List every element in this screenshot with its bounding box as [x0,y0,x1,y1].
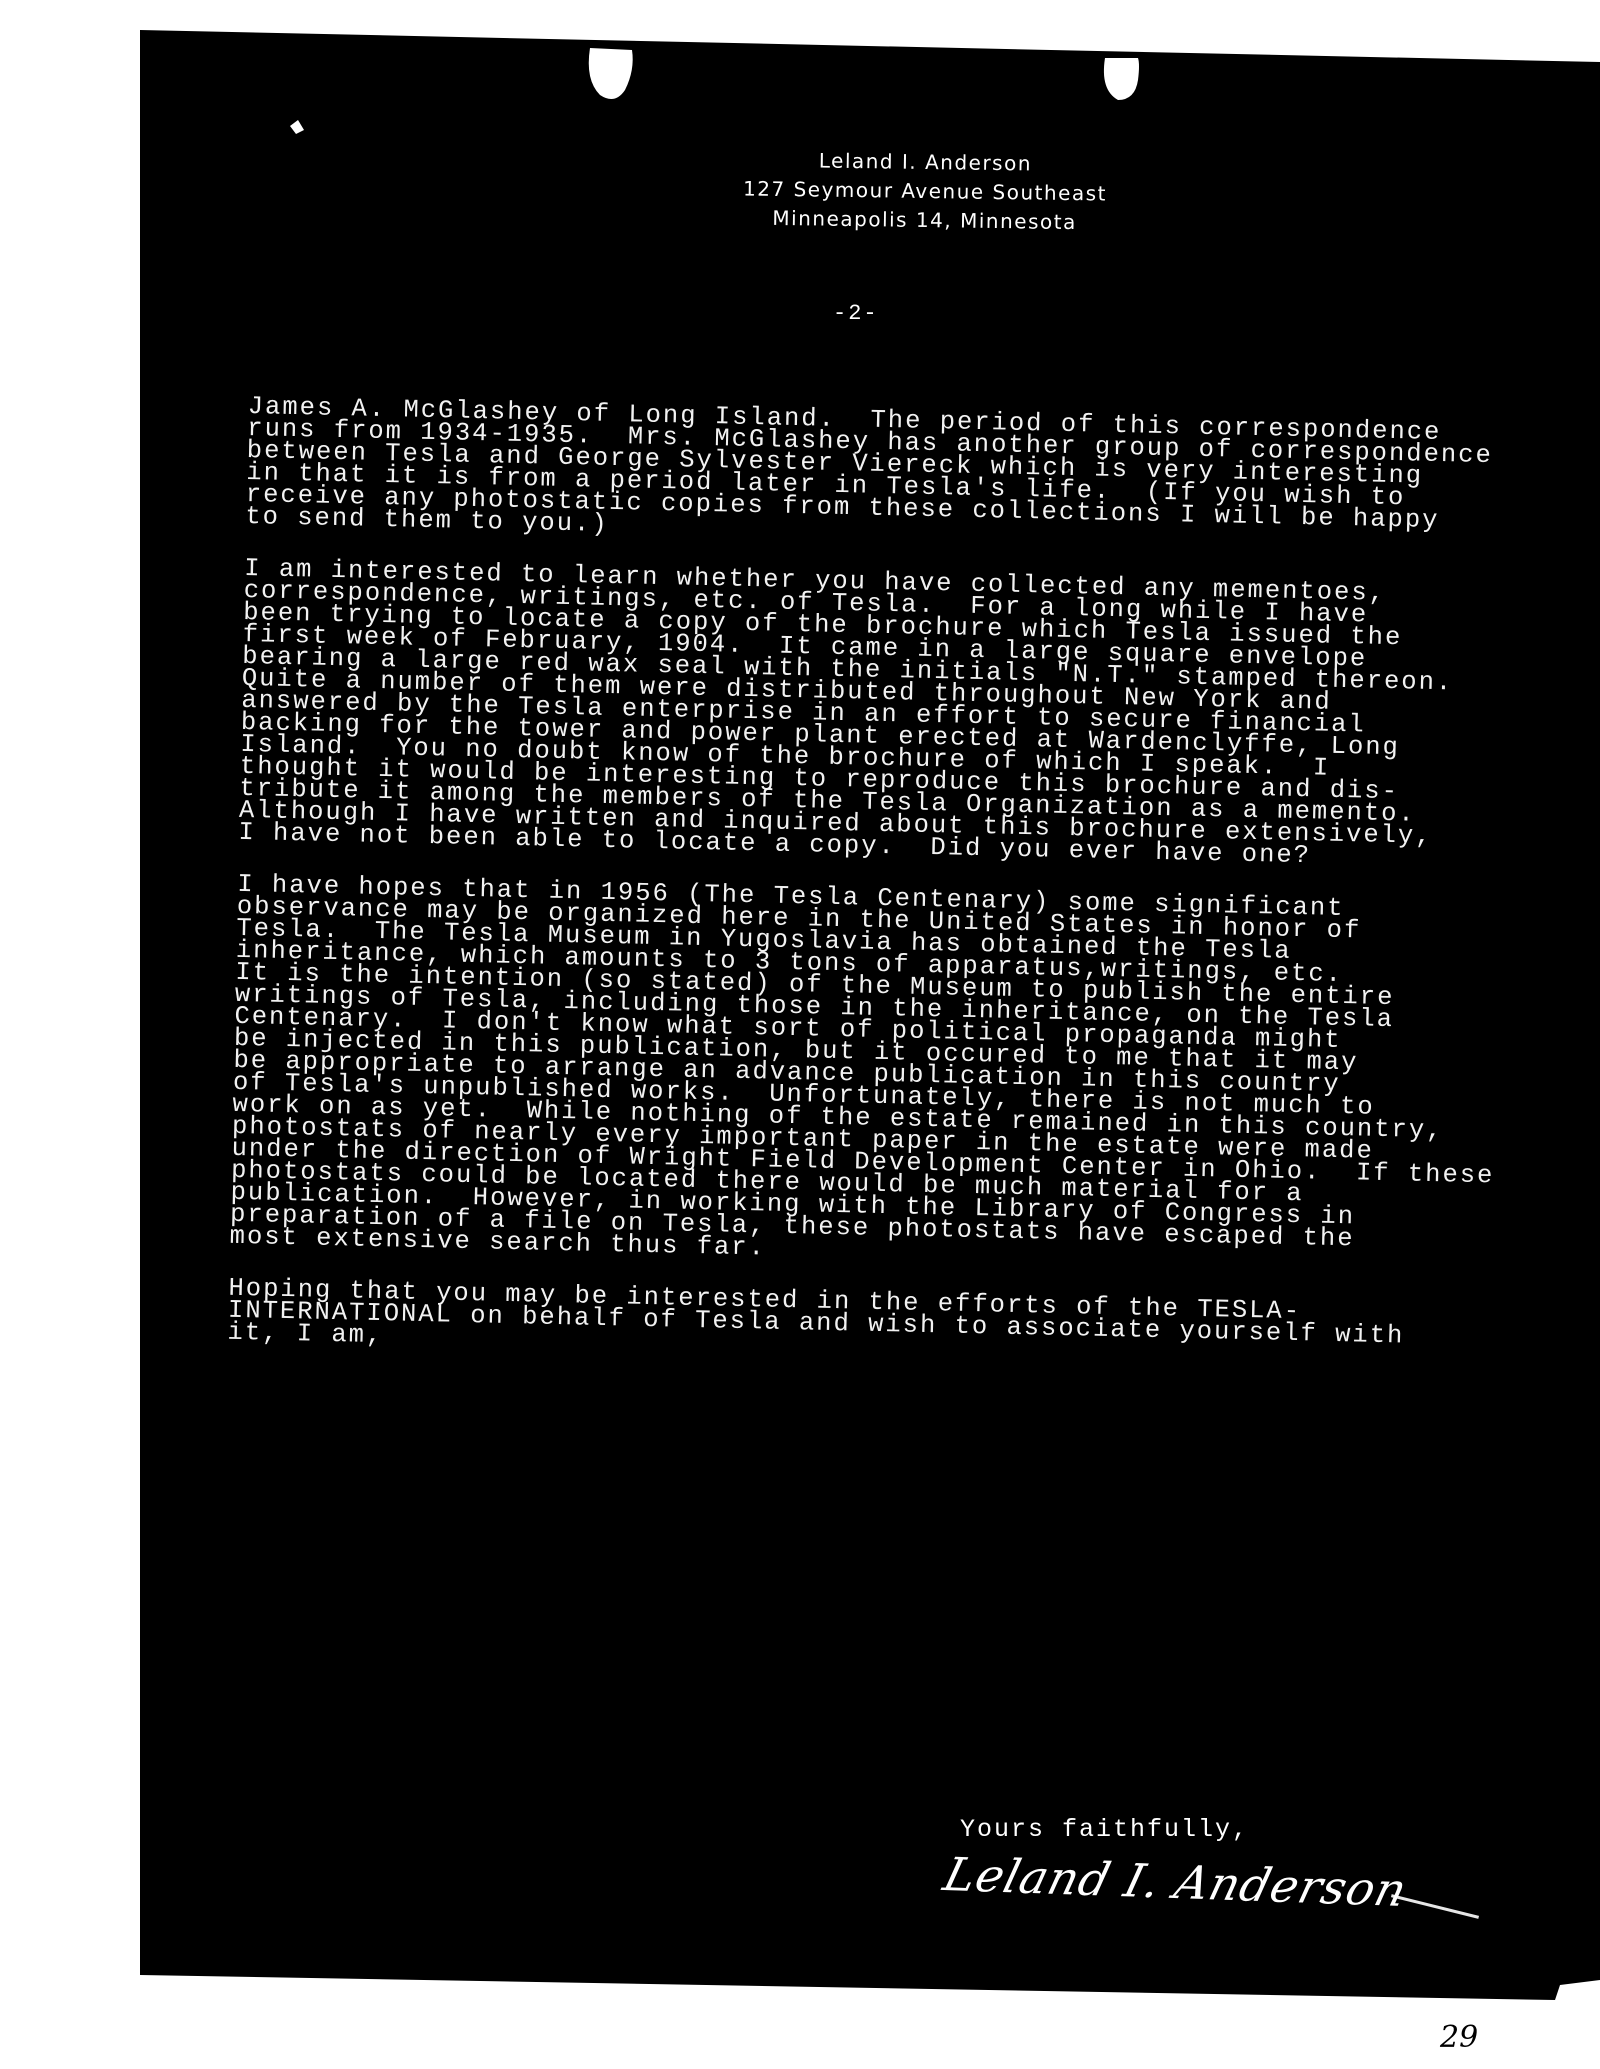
scanned-letter-page: Leland I. Anderson 127 Seymour Avenue So… [0,0,1600,2069]
paragraph: I have hopes that in 1956 (The Tesla Cen… [229,874,1577,1277]
paragraph: Hoping that you may be interested in the… [227,1278,1568,1373]
paragraph: James A. McGlashey of Long Island. The p… [245,396,1588,557]
letterhead: Leland I. Anderson 127 Seymour Avenue So… [689,145,1160,239]
folio-number: 29 [1440,2020,1478,2055]
paragraph: I am interested to learn whether you hav… [238,558,1584,873]
page-number: -2- [833,301,879,326]
closing: Yours faithfully, [960,1815,1249,1844]
letter-body: James A. McGlashey of Long Island. The p… [227,396,1588,1403]
